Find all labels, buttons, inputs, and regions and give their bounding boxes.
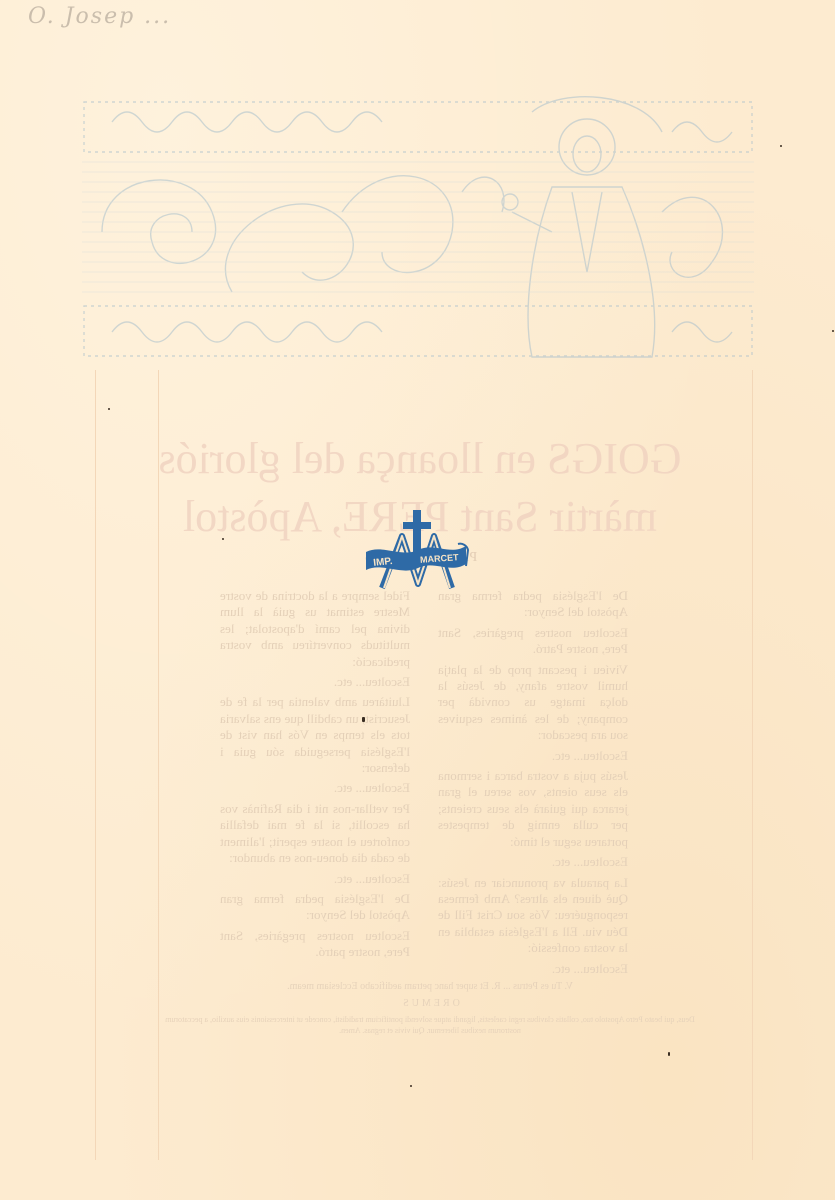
speck: [362, 717, 365, 722]
stanza: Vivíeu i pescant prop de la platja humil…: [438, 662, 628, 744]
show-through-column-left: Fidel sempre a la doctrina de vostre Mes…: [220, 588, 410, 965]
show-through-column-right: De l'Església pedra ferma gran Apòstol d…: [438, 588, 628, 981]
stanza: Escolteu nostres pregàries, Sant Pere, n…: [220, 928, 410, 961]
stanza: La paraula va pronunciar en Jesús: Què d…: [438, 875, 628, 957]
printer-mark-logo: IMP. MARCET: [362, 508, 472, 598]
speck: [668, 1052, 670, 1056]
refrain: Escolteu... etc.: [438, 854, 628, 870]
refrain: Escolteu... etc.: [438, 961, 628, 977]
refrain: Escolteu... etc.: [220, 674, 410, 690]
speck: [780, 145, 782, 147]
stanza: Jesús puja a vostra barca i sermona els …: [438, 768, 628, 850]
refrain: Escolteu... etc.: [438, 748, 628, 764]
title-line-1: GOIGS en lloança del gloriós: [150, 430, 690, 488]
handwritten-note: O. Josep ...: [28, 4, 728, 44]
stanza: Per vetllar-nos nit i dia Rafinàs vos ha…: [220, 801, 410, 867]
show-through-footer: V. Tu es Petrus ... R. Et super hanc pet…: [150, 980, 710, 1036]
speck: [222, 538, 224, 540]
prayer: Deus, qui beato Petro Apostolo tuo, coll…: [150, 1014, 710, 1036]
svg-text:IMP.: IMP.: [373, 556, 394, 569]
stanza: Lluitàreu amb valentia per la fe de Jesu…: [220, 694, 410, 776]
speck: [832, 330, 834, 332]
margin-line-left: [95, 370, 96, 1160]
engraved-header-illustration: [82, 92, 754, 364]
refrain: Escolteu... etc.: [220, 780, 410, 796]
speck: [410, 1085, 412, 1087]
margin-line-right: [752, 370, 753, 1160]
speck: [108, 408, 110, 410]
stanza: Fidel sempre a la doctrina de vostre Mes…: [220, 588, 410, 670]
refrain: Escolteu... etc.: [220, 871, 410, 887]
stanza: Escolteu nostres pregàries, Sant Pere, n…: [438, 625, 628, 658]
oremus: OREMUS: [150, 997, 710, 1010]
saint-peter-figure: [502, 97, 662, 357]
stanza: De l'Església pedra ferma gran Apòstol d…: [220, 891, 410, 924]
versicle: V. Tu es Petrus ... R. Et super hanc pet…: [150, 980, 710, 993]
